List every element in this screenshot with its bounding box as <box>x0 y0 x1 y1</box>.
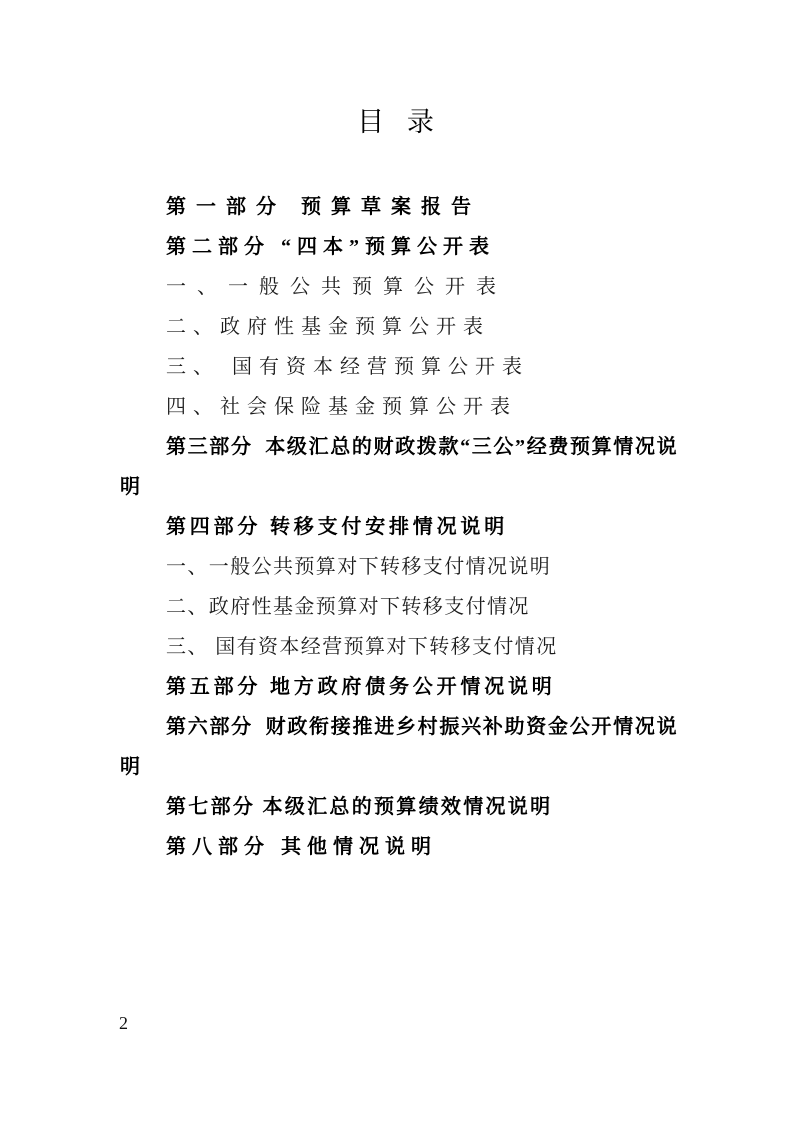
toc-entry: 三、 国有资本经营预算公开表 <box>120 347 678 387</box>
toc-entry: 第二部分 “四本”预算公开表 <box>120 227 678 267</box>
toc-entry: 第五部分 地方政府债务公开情况说明 <box>120 667 678 707</box>
toc-entry: 第六部分 财政衔接推进乡村振兴补助资金公开情况说明 <box>120 707 678 787</box>
toc-entry: 第七部分 本级汇总的预算绩效情况说明 <box>120 787 678 827</box>
toc-entry: 第八部分 其他情况说明 <box>120 827 678 867</box>
toc-entry: 二、政府性基金预算对下转移支付情况 <box>120 587 678 627</box>
toc-entry: 一、一般公共预算公开表 <box>120 267 678 307</box>
toc-entry: 第一部分 预算草案报告 <box>120 187 678 227</box>
page-title: 目 录 <box>0 102 793 142</box>
document-page: 目 录 第一部分 预算草案报告 第二部分 “四本”预算公开表 一、一般公共预算公… <box>0 0 793 1122</box>
toc-entry: 三、 国有资本经营预算对下转移支付情况 <box>120 627 678 667</box>
toc-entry: 一、一般公共预算对下转移支付情况说明 <box>120 547 678 587</box>
table-of-contents: 第一部分 预算草案报告 第二部分 “四本”预算公开表 一、一般公共预算公开表 二… <box>120 187 678 867</box>
page-number: 2 <box>119 1010 128 1036</box>
toc-entry: 第三部分 本级汇总的财政拨款“三公”经费预算情况说明 <box>120 427 678 507</box>
toc-entry: 二、政府性基金预算公开表 <box>120 307 678 347</box>
toc-entry: 四、社会保险基金预算公开表 <box>120 387 678 427</box>
toc-entry: 第四部分 转移支付安排情况说明 <box>120 507 678 547</box>
